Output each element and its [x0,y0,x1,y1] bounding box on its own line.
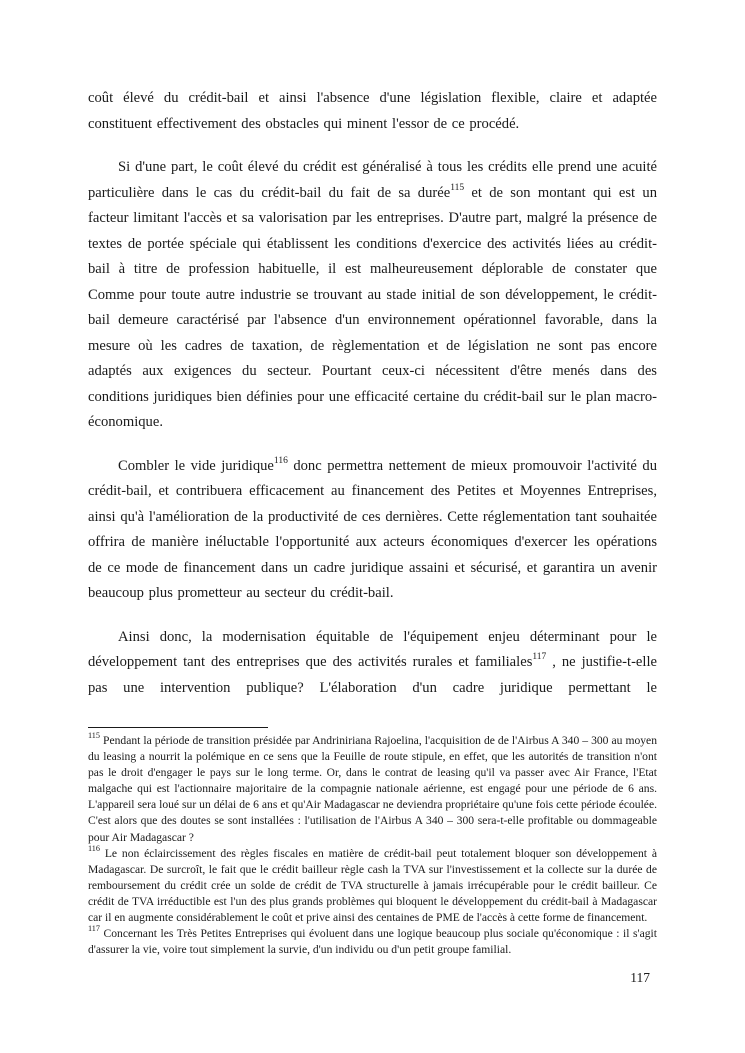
footnote-marker: 116 [88,844,100,853]
paragraph-text: coût élevé du crédit-bail et ainsi l'abs… [88,90,657,132]
footnote-116: 116 Le non éclaircissement des règles fi… [88,846,657,926]
footnote-ref-115: 115 [450,183,464,193]
footnote-marker: 115 [88,731,100,740]
body-paragraph: Ainsi donc, la modernisation équitable d… [88,625,657,702]
document-page: coût élevé du crédit-bail et ainsi l'abs… [0,0,745,1053]
body-paragraph: coût élevé du crédit-bail et ainsi l'abs… [88,86,657,137]
footnote-separator [88,727,268,728]
paragraph-text: donc permettra nettement de mieux promou… [88,458,657,602]
body-paragraph: Si d'une part, le coût élevé du crédit e… [88,155,657,436]
footnote-text: Le non éclaircissement des règles fiscal… [88,847,657,924]
footnote-marker: 117 [88,924,100,933]
footnote-text: Pendant la période de transition présidé… [88,734,657,844]
paragraph-text: Combler le vide juridique [118,458,274,474]
footnote-ref-116: 116 [274,456,288,466]
footnote-ref-117: 117 [532,652,546,662]
paragraph-text: et de son montant qui est un facteur lim… [88,185,657,431]
footnotes-block: 115 Pendant la période de transition pré… [88,727,657,958]
body-paragraph: Combler le vide juridique116 donc permet… [88,454,657,607]
footnote-115: 115 Pendant la période de transition pré… [88,733,657,846]
body-text-block: coût élevé du crédit-bail et ainsi l'abs… [88,86,657,719]
footnote-117: 117 Concernant les Très Petites Entrepri… [88,926,657,958]
page-number: 117 [630,970,650,986]
footnote-text: Concernant les Très Petites Entreprises … [88,927,657,956]
